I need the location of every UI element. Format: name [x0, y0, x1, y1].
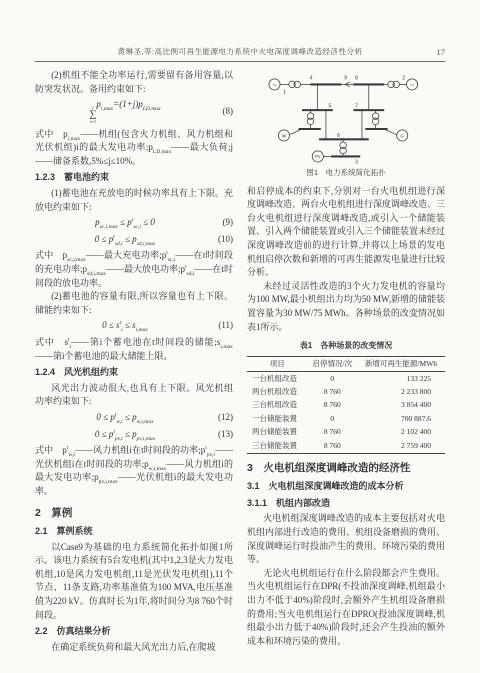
table-cell: 3 854 400 — [357, 399, 445, 412]
paragraph-charge-notation: 式中 psc,i,max——最大充电功率;ptsc,i——在t时间段的充电功率;… — [35, 249, 233, 290]
heading-section-3: 3 火电机组深度调峰改造的经济性 — [247, 462, 445, 476]
bus-label-7: 7 — [355, 104, 358, 110]
bus-label-2: 2 — [402, 75, 405, 81]
table-1-caption: 表1 各种场景的改变情况 — [247, 339, 445, 353]
table-1-body: 一台机组改造0133 225两台机组改造8 7602 233 800三台机组改造… — [247, 371, 445, 453]
paragraph-case-system: 以Case9为基础的电力系统简化拓扑如图1所示。该电力系统有5台发电机(其中1,… — [35, 541, 233, 623]
formula-11-expr: 0 ≤ sti ≤ si,max — [35, 319, 215, 333]
paragraph-simulation-start: 在确定系统负荷和最大风光出力后,在爬坡 — [35, 641, 233, 655]
table-header-renewable: 新增可再生能源/MWh — [357, 356, 445, 371]
bus-label-3: 3 — [355, 159, 358, 165]
formula-8: l∑i=1pi,max=(1+j)pLD,max (8) — [35, 98, 233, 124]
table-cell: 2 102 400 — [357, 426, 445, 439]
bus-label-4: 4 — [309, 75, 312, 81]
table-row: 一台储能装置0700 887.6 — [247, 412, 445, 425]
formula-12: 0 ≤ ptw,i ≤ pw,i,max (12) — [35, 411, 233, 425]
table-cell: 两台储能装置 — [247, 426, 308, 439]
power-system-topology-diagram: 1 4 9 8 2 5 7 6 3 ~ ~ W G PV — [248, 69, 445, 165]
table-row: 三台机组改造8 7603 854 400 — [247, 399, 445, 412]
running-head: 黄琳圣,等:高比例可再生能源电力系统中火电深度调峰改造经济性分析 17 — [35, 0, 445, 62]
table-cell: 2 233 800 — [357, 385, 445, 398]
formula-13: 0 ≤ ptpv,i ≤ ppv,i,max (13) — [35, 428, 233, 442]
table-header-startstop: 启停情况/次 — [308, 356, 357, 371]
paragraph-battery-limits: (1)蓄电池在充放电的时候功率具有上下限。充放电约束如下: — [35, 187, 233, 214]
heading-3-1-1: 3.1.1 机组内部改造 — [247, 497, 445, 511]
table-cell: 一台储能装置 — [247, 412, 308, 425]
wind-generator-icon: W — [281, 133, 286, 138]
figure-1-caption: 图1 电力系统简化拓扑 — [247, 166, 445, 180]
two-column-body: (2)机组不能全功率运行,需要留有备用容量,以防突发状况。备用约束如下: l∑i… — [0, 62, 480, 654]
heading-2-2: 2.2 仿真结果分析 — [35, 625, 233, 639]
table-cell: 两台机组改造 — [247, 385, 308, 398]
table-row: 两台储能装置8 7602 102 400 — [247, 426, 445, 439]
generator-2-icon: ~ — [410, 82, 414, 89]
table-cell: 0 — [308, 371, 357, 385]
table-cell: 8 760 — [308, 426, 357, 439]
formula-9-expr: psc,i,max ≤ ptsc,i ≤ 0 — [35, 216, 215, 230]
paragraph-unit-capacities: 未经过灵活性改造的3个火力发电机的容量均为100 MW,最小机组出力均为50 M… — [247, 280, 445, 334]
figure-lines — [268, 79, 417, 162]
table-cell: 8 760 — [308, 439, 357, 453]
table-header-row: 项目 启停情况/次 新增可再生能源/MWh — [247, 356, 445, 371]
table-row: 两台机组改造8 7602 233 800 — [247, 385, 445, 398]
bus-label-5: 5 — [328, 104, 331, 110]
table-1-head: 项目 启停情况/次 新增可再生能源/MWh — [247, 356, 445, 371]
left-column: (2)机组不能全功率运行,需要留有备用容量,以防突发状况。备用约束如下: l∑i… — [35, 69, 233, 654]
heading-1-2-3: 1.2.3 蓄电池约束 — [35, 171, 233, 185]
table-cell: 8 760 — [308, 399, 357, 412]
formula-13-expr: 0 ≤ ptpv,i ≤ ppv,i,max — [35, 428, 215, 442]
figure-labels: 1 4 9 8 2 5 7 6 3 ~ ~ W G PV — [272, 75, 414, 165]
table-cell: 0 — [308, 412, 357, 425]
formula-8-number: (8) — [215, 105, 233, 119]
branch-label-9: 9 — [344, 75, 347, 81]
table-cell: 8 760 — [308, 385, 357, 398]
table-cell: 2 759 400 — [357, 439, 445, 453]
right-column: 1 4 9 8 2 5 7 6 3 ~ ~ W G PV — [247, 69, 445, 654]
running-title: 黄琳圣,等:高比例可再生能源电力系统中火电深度调峰改造经济性分析 — [35, 46, 445, 57]
paragraph-cost-components: 火电机组深度调峰改造的成本主要包括对火电机组内部进行改造的费用、机组设备磨损的费… — [247, 512, 445, 566]
formula-11: 0 ≤ sti ≤ si,max (11) — [35, 319, 233, 333]
figure-1-topology: 1 4 9 8 2 5 7 6 3 ~ ~ W G PV — [247, 69, 445, 180]
generator-3-icon: G — [400, 133, 404, 138]
paragraph-formula8-notation: 式中 pi,max——机组(包含火力机组、风力机组和光伏机组)i的最大发电功率;… — [35, 128, 233, 169]
paragraph-capacity-limits: (2)蓄电池的容量有限,所以容量也有上下限。储能约束如下: — [35, 290, 233, 317]
page-number: 17 — [437, 47, 446, 57]
bus-label-1: 1 — [283, 89, 286, 95]
formula-10-number: (10) — [215, 233, 233, 247]
heading-1-2-4: 1.2.4 风光机组约束 — [35, 366, 233, 380]
paragraph-storage-notation: 式中 sti——第i个蓄电池在t时间段的储能;si,max——第i个蓄电池的最大… — [35, 336, 233, 363]
journal-page: 黄琳圣,等:高比例可再生能源电力系统中火电深度调峰改造经济性分析 17 (2)机… — [0, 0, 480, 673]
paragraph-dpr-dpro: 无论火电机组运行在什么阶段都会产生费用。当火电机组运行在DPR(不投油深度调峰,… — [247, 567, 445, 649]
formula-13-number: (13) — [215, 428, 233, 442]
paragraph-scenarios: 和启停成本的约束下,分别对一台火电机组进行深度调峰改造、两台火电机组进行深度调峰… — [247, 185, 445, 280]
formula-12-expr: 0 ≤ ptw,i ≤ pw,i,max — [35, 411, 215, 425]
paragraph-windpv-notation: 式中 ptw,i——风力机组i在t时间段的功率;ptpv,i——光伏机组i在t时… — [35, 444, 233, 498]
generator-1-icon: ~ — [272, 82, 276, 89]
formula-9: psc,i,max ≤ ptsc,i ≤ 0 (9) — [35, 216, 233, 230]
heading-2-1: 2.1 算例系统 — [35, 525, 233, 539]
bus-label-8: 8 — [355, 75, 358, 81]
paragraph-wind-pv-limits: 风光出力波动很大,也具有上下限。风光机组功率约束如下: — [35, 382, 233, 409]
formula-10: 0 ≤ ptsd,i ≤ psd,i,max (10) — [35, 233, 233, 247]
table-row: 三台储能装置8 7602 759 400 — [247, 439, 445, 453]
formula-8-expr: l∑i=1pi,max=(1+j)pLD,max — [35, 98, 215, 124]
bus-label-6: 6 — [337, 133, 340, 139]
table-header-item: 项目 — [247, 356, 308, 371]
paragraph-reserve-constraint: (2)机组不能全功率运行,需要留有备用容量,以防突发状况。备用约束如下: — [35, 69, 233, 96]
table-cell: 一台机组改造 — [247, 371, 308, 385]
table-cell: 133 225 — [357, 371, 445, 385]
table-cell: 三台储能装置 — [247, 439, 308, 453]
heading-section-2: 2 算例 — [35, 507, 233, 521]
formula-12-number: (12) — [215, 411, 233, 425]
pv-generator-icon: PV — [315, 154, 321, 159]
table-cell: 700 887.6 — [357, 412, 445, 425]
table-1-scenarios: 项目 启停情况/次 新增可再生能源/MWh 一台机组改造0133 225两台机组… — [247, 356, 445, 454]
formula-11-number: (11) — [215, 319, 233, 333]
heading-3-1: 3.1 火电机组深度调峰改造的成本分析 — [247, 480, 445, 494]
table-cell: 三台机组改造 — [247, 399, 308, 412]
formula-10-expr: 0 ≤ ptsd,i ≤ psd,i,max — [35, 233, 215, 247]
table-row: 一台机组改造0133 225 — [247, 371, 445, 385]
formula-9-number: (9) — [215, 216, 233, 230]
